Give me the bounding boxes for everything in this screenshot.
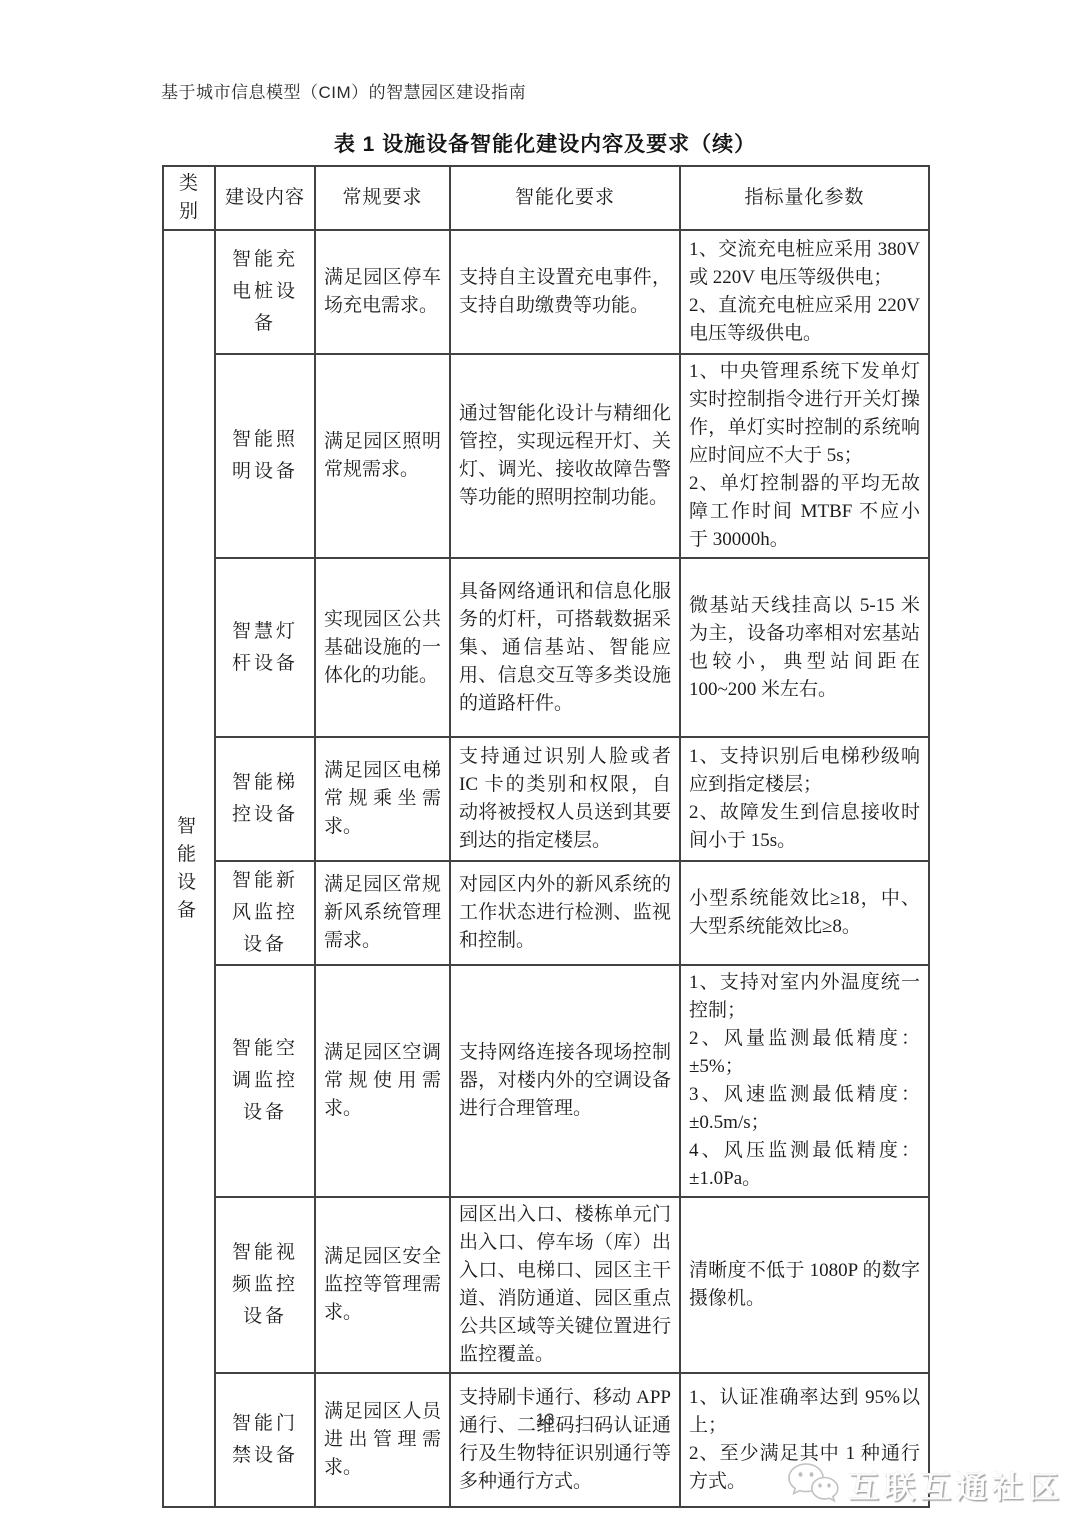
content-cell: 智能充电桩设备 (215, 230, 315, 354)
table-title: 表 1 设施设备智能化建设内容及要求（续） (162, 128, 928, 158)
metrics-cell: 清晰度不低于 1080P 的数字摄像机。 (680, 1197, 929, 1373)
requirements-table: 类别 建设内容 常规要求 智能化要求 指标量化参数 智能设备 智能充电桩设备 满… (162, 165, 930, 1508)
content-cell: 智能视频监控设备 (215, 1197, 315, 1373)
metrics-cell: 小型系统能效比≥18，中、大型系统能效比≥8。 (680, 861, 929, 965)
wechat-icon (786, 1461, 840, 1507)
table-row: 智能照明设备 满足园区照明常规需求。 通过智能化设计与精细化管控，实现远程开灯、… (163, 354, 929, 558)
table-row: 智能设备 智能充电桩设备 满足园区停车场充电需求。 支持自主设置充电事件，支持自… (163, 230, 929, 354)
metrics-cell: 1、支持对室内外温度统一控制； 2、风量监测最低精度：±5%； 3、风速监测最低… (680, 965, 929, 1197)
smart-cell: 支持刷卡通行、移动 APP 通行、二维码扫码认证通行及生物特征识别通行等多种通行… (450, 1373, 680, 1507)
smart-cell: 对园区内外的新风系统的工作状态进行检测、监视和控制。 (450, 861, 680, 965)
content-cell: 智能新风监控设备 (215, 861, 315, 965)
content-cell: 智能空调监控设备 (215, 965, 315, 1197)
metrics-cell: 1、支持识别后电梯秒级响应到指定楼层； 2、故障发生到信息接收时间小于 15s。 (680, 737, 929, 861)
smart-cell: 具备网络通讯和信息化服务的灯杆，可搭载数据采集、通信基站、智能应用、信息交互等多… (450, 558, 680, 737)
regular-cell: 满足园区常规新风系统管理需求。 (315, 861, 450, 965)
watermark-label: 互联互通社区 (848, 1462, 1064, 1507)
table-row: 智能空调监控设备 满足园区空调常规使用需求。 支持网络连接各现场控制器，对楼内外… (163, 965, 929, 1197)
table-row: 智能梯控设备 满足园区电梯常规乘坐需求。 支持通过识别人脸或者 IC 卡的类别和… (163, 737, 929, 861)
col-header-metrics: 指标量化参数 (680, 166, 929, 230)
col-header-smart: 智能化要求 (450, 166, 680, 230)
regular-cell: 满足园区安全监控等管理需求。 (315, 1197, 450, 1373)
metrics-cell: 1、交流充电桩应采用 380V 或 220V 电压等级供电； 2、直流充电桩应采… (680, 230, 929, 354)
doc-header: 基于城市信息模型（CIM）的智慧园区建设指南 (161, 78, 526, 103)
content-cell: 智慧灯杆设备 (215, 558, 315, 737)
regular-cell: 满足园区停车场充电需求。 (315, 230, 450, 354)
page-number: 13 (162, 1410, 928, 1430)
table-row: 智慧灯杆设备 实现园区公共基础设施的一体化的功能。 具备网络通讯和信息化服务的灯… (163, 558, 929, 737)
regular-cell: 满足园区空调常规使用需求。 (315, 965, 450, 1197)
table-row: 智能视频监控设备 满足园区安全监控等管理需求。 园区出入口、楼栋单元门出入口、停… (163, 1197, 929, 1373)
metrics-cell: 微基站天线挂高以 5-15 米为主，设备功率相对宏基站也较小，典型站间距在 10… (680, 558, 929, 737)
smart-cell: 支持自主设置充电事件，支持自助缴费等功能。 (450, 230, 680, 354)
content-cell: 智能门禁设备 (215, 1373, 315, 1507)
table-row: 智能新风监控设备 满足园区常规新风系统管理需求。 对园区内外的新风系统的工作状态… (163, 861, 929, 965)
table-header-row: 类别 建设内容 常规要求 智能化要求 指标量化参数 (163, 166, 929, 230)
col-header-content: 建设内容 (215, 166, 315, 230)
category-cell: 智能设备 (163, 230, 215, 1507)
smart-cell: 园区出入口、楼栋单元门出入口、停车场（库）出入口、电梯口、园区主干道、消防通道、… (450, 1197, 680, 1373)
content-cell: 智能梯控设备 (215, 737, 315, 861)
regular-cell: 满足园区电梯常规乘坐需求。 (315, 737, 450, 861)
smart-cell: 支持通过识别人脸或者 IC 卡的类别和权限，自动将被授权人员送到其要到达的指定楼… (450, 737, 680, 861)
smart-cell: 支持网络连接各现场控制器，对楼内外的空调设备进行合理管理。 (450, 965, 680, 1197)
metrics-cell: 1、中央管理系统下发单灯实时控制指令进行开关灯操作，单灯实时控制的系统响应时间应… (680, 354, 929, 558)
content-cell: 智能照明设备 (215, 354, 315, 558)
watermark: 互联互通社区 (786, 1458, 1064, 1510)
col-header-regular: 常规要求 (315, 166, 450, 230)
regular-cell: 满足园区人员进出管理需求。 (315, 1373, 450, 1507)
col-header-category: 类别 (163, 166, 215, 230)
regular-cell: 满足园区照明常规需求。 (315, 354, 450, 558)
smart-cell: 通过智能化设计与精细化管控，实现远程开灯、关灯、调光、接收故障告警等功能的照明控… (450, 354, 680, 558)
regular-cell: 实现园区公共基础设施的一体化的功能。 (315, 558, 450, 737)
